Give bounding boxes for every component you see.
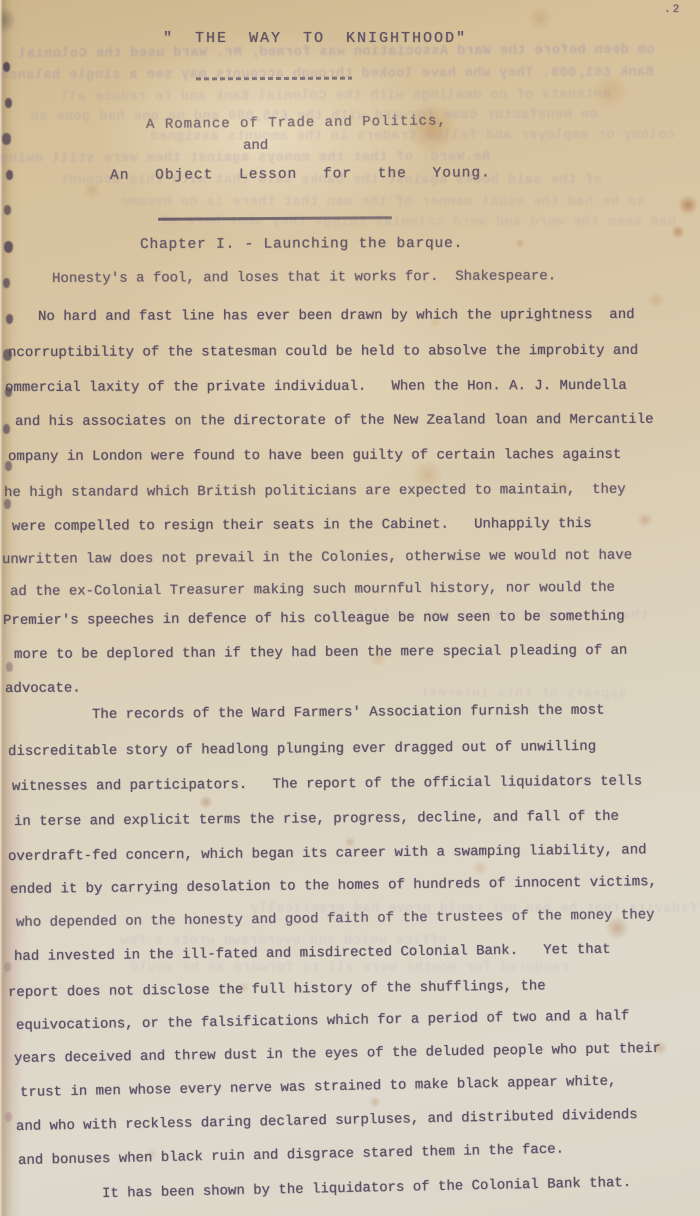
bleedthrough-line: appears of this interest [420, 688, 626, 702]
section-rule [158, 216, 392, 220]
body-line: had invested in the ill-fated and misdir… [14, 943, 611, 964]
body-line: he high standard which British politicia… [4, 483, 626, 500]
body-line: were compelled to resign their seats in … [12, 517, 592, 534]
bleedthrough-line: so he had the usual manner of the man th… [120, 196, 645, 210]
body-line: witnesses and participators. The report … [12, 775, 642, 794]
body-line: in terse and explicit terms the rise, pr… [14, 810, 619, 829]
page-number: .2 [664, 5, 681, 16]
body-line: ended it by carrying desolation to the h… [10, 875, 657, 897]
title-underline [196, 77, 352, 81]
body-line: and who with reckless daring declared su… [16, 1108, 638, 1134]
body-line: ommercial laxity of the private individu… [5, 379, 627, 395]
body-line: years deceived and threw dust in the eye… [14, 1042, 661, 1066]
bleedthrough-line: antenata of no dealings with the Colonia… [60, 89, 611, 105]
body-line: discreditable story of headlong plunging… [8, 740, 596, 759]
document-title: " THE WAY TO KNIGHTHOOD" [163, 31, 467, 46]
body-line: overdraft-fed concern, which began its c… [8, 843, 647, 864]
body-line: unwritten law does not prevail in the Co… [2, 549, 632, 567]
body-line: ompany in London were found to have been… [8, 448, 621, 464]
bleedthrough-line: Bank £61,000. They who have looked throu… [0, 66, 654, 83]
body-line: No hard and fast line has ever been draw… [38, 308, 635, 324]
body-line: trust in men whose every nerve was strai… [20, 1075, 617, 1100]
body-line: and bonuses when black ruin and disgrace… [18, 1143, 564, 1168]
body-line: ncorruptibility of the statesman could b… [8, 344, 638, 360]
body-line: equivocations, or the falsifications whi… [16, 1009, 629, 1033]
subtitle-line-2: and [243, 139, 268, 153]
body-line: who depended on the honesty and good fai… [16, 908, 655, 930]
subtitle-line-1: A Romance of Trade and Politics, [146, 114, 447, 132]
body-line: and his associates on the directorate of… [15, 413, 654, 429]
body-line: It has been shown by the liquidators of … [102, 1176, 631, 1201]
subtitle-line-3: An Object Lesson for the Young. [110, 166, 491, 183]
gutter-ink-marks [3, 62, 10, 72]
body-line: The records of the Ward Farmers' Associa… [92, 704, 605, 722]
body-line: more to be deplored than if they had bee… [14, 644, 627, 662]
chapter-heading: Chapter I. - Launching the barque. [140, 237, 463, 253]
body-line: advocate. [5, 681, 81, 696]
document-page: om deen before the Ward Association was … [0, 0, 700, 1216]
body-line: report does not disclose the full histor… [8, 979, 546, 1000]
body-line: ad the ex-Colonial Treasurer making such… [10, 581, 615, 599]
epigraph: Honesty's a fool, and loses that it work… [52, 269, 556, 286]
body-line: Premier's speeches in defence of his col… [3, 610, 625, 628]
bleedthrough-line: rendered for months were all to forward … [130, 962, 569, 976]
